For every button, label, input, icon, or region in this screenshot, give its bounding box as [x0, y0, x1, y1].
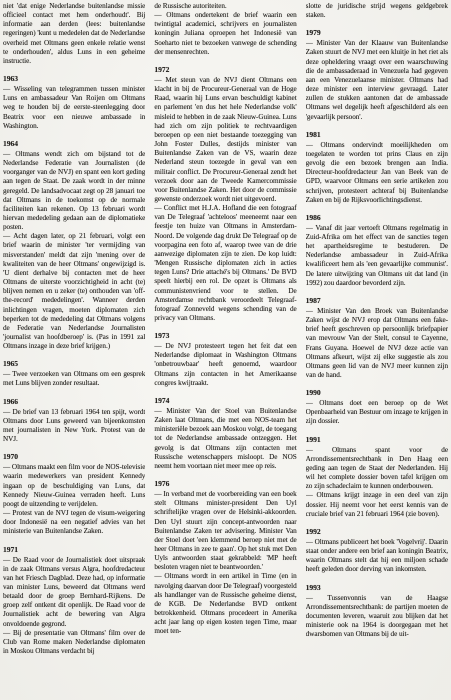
year-heading: 1971 [3, 545, 145, 554]
year-heading: 1993 [306, 583, 448, 592]
chronology-entry: slotte de juridische strijd wegens geldg… [306, 2, 448, 20]
chronology-entry: — Tussenvonnis van de Haagse Arrondissem… [306, 594, 448, 640]
chronology-entry: — Oltmans spant voor de Arrondissementsr… [306, 446, 448, 492]
year-heading: 1972 [154, 65, 296, 74]
text-column-middle: de Russische autoriteiten.— Oltmans onde… [154, 2, 296, 700]
chronology-entry: — Oltmans ondervindt moeilijkheden om to… [306, 141, 448, 205]
chronology-entry: — Minister Van der Stoel van Buitenlands… [154, 407, 296, 471]
year-heading: 1970 [3, 452, 145, 461]
chronology-entry: — Twee verzoeken van Oltmans om een gesp… [3, 370, 145, 388]
chronology-entry: — Oltmans doet een beroep op de Wet Open… [306, 399, 448, 426]
chronology-entry: — Oltmans publiceert het boek 'Vogelvrij… [306, 538, 448, 575]
year-heading: 1964 [3, 139, 145, 148]
year-heading: 1976 [154, 479, 296, 488]
document-page: niet 'dat enige Nederlandse buitenlandse… [0, 0, 451, 700]
chronology-entry: — Bij de presentatie van Oltmans' film o… [3, 629, 145, 656]
year-heading: 1966 [3, 397, 145, 406]
year-heading: 1981 [306, 130, 448, 139]
chronology-entry: — Met steun van de NVJ dient Oltmans een… [154, 76, 296, 204]
chronology-entry: — Acht dagen later, op 21 februari, volg… [3, 232, 145, 351]
year-heading: 1979 [306, 28, 448, 37]
chronology-entry: — Wisseling van telegrammen tussen minis… [3, 85, 145, 131]
year-heading: 1986 [306, 213, 448, 222]
text-column-left: niet 'dat enige Nederlandse buitenlandse… [3, 2, 145, 700]
chronology-entry: — De Raad voor de Journalistiek doet uit… [3, 556, 145, 629]
year-heading: 1992 [306, 527, 448, 536]
year-heading: 1974 [154, 396, 296, 405]
chronology-entry: — Minister Van den Broek van Buitenlands… [306, 307, 448, 380]
chronology-entry: — Oltmans wendt zich om bijstand tot de … [3, 150, 145, 232]
chronology-entry: — De NVJ protesteert tegen het feit dat … [154, 342, 296, 388]
chronology-entry: — De brief van 13 februari 1964 ten spij… [3, 408, 145, 445]
year-heading: 1987 [306, 296, 448, 305]
chronology-entry: — Conflict met H.J.A. Hofland die een fo… [154, 204, 296, 323]
year-heading: 1965 [3, 359, 145, 368]
chronology-entry: niet 'dat enige Nederlandse buitenlandse… [3, 2, 145, 66]
chronology-entry: — Protest van de NVJ tegen de visum-weig… [3, 509, 145, 536]
chronology-entry: — Vanaf dit jaar vertoeft Oltmans regelm… [306, 224, 448, 288]
year-heading: 1990 [306, 388, 448, 397]
chronology-entry: — In verband met de voorbereiding van ee… [154, 490, 296, 572]
year-heading: 1963 [3, 74, 145, 83]
chronology-entry: de Russische autoriteiten. [154, 2, 296, 11]
chronology-entry: — Oltmans wordt in een artikel in Time (… [154, 572, 296, 636]
text-column-right: slotte de juridische strijd wegens geldg… [306, 2, 448, 700]
year-heading: 1973 [154, 331, 296, 340]
chronology-entry: — Oltmans ondertekent de brief waarin ee… [154, 11, 296, 57]
chronology-entry: — Minister Van der Klaauw van Buitenland… [306, 39, 448, 121]
year-heading: 1991 [306, 435, 448, 444]
chronology-entry: — Oltmans maakt een film voor de NOS-tel… [3, 463, 145, 509]
chronology-entry: — Oltmans krijgt inzage in een deel van … [306, 491, 448, 518]
